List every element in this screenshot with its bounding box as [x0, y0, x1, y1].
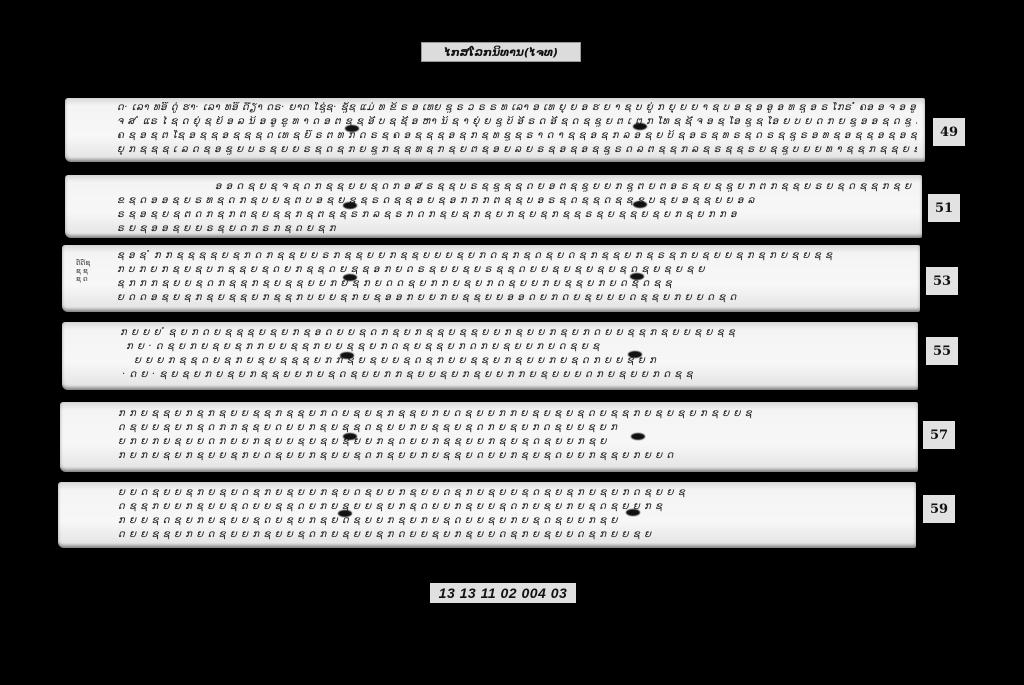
page-number-label: 49: [933, 118, 965, 146]
text-line: ກ ຍ ກ ຍ ຊ ຍ ກ ຊ ຍ ຍ ຊ ກ ຍ ດ ຊ ຍ ຍ ກ ຊ ຍ …: [118, 450, 910, 461]
margin-annotation: ດ໌ດ໌ຊ ຊ ຊ ຊ ດ: [76, 259, 90, 283]
text-line: ກ ຍ ຍ ຊ ດ ຊ ຍ ກ ຍ ຊ ຍ ຍ ຊ ດ ຍ ຊ ຍ ກ ຊ ຍ …: [118, 515, 908, 526]
palm-leaf-page-57: ກ ກ ຍ ຊ ຊ ຍ ກ ຊ ກ ຊ ຍ ຍ ຊ ຊ ກ ຊ ຊ ຍ ກ ດ …: [60, 402, 918, 472]
binding-hole: [633, 123, 647, 130]
text-line: ກ ບ ກ ຍ ກ ຊ ຍ ຊ ບ ກ ຊ ຊ ຍ ຊ ດ ຍ ກ ຊ ຊ ດ …: [117, 264, 912, 275]
page-number-label: 53: [926, 267, 958, 295]
text-line: ດ· ເລາ ທອ໌ ດູ່ ຮາ· ເລາ ທອ໌ ດ໊ຽາ ດຣ· ຍາດ …: [117, 102, 917, 113]
collection-title-label: ໄກສໂລກນິທານ(ໄຈທ): [421, 42, 581, 62]
palm-leaf-page-59: ຍ ຍ ດ ຊ ຍ ຍ ຊ ກ ຍ ຊ ຍ ດ ຊ ກ ຍ ຊ ຍ ຍ ກ ຊ …: [58, 482, 916, 548]
text-line: ຍ ຍ ຍ ກ ຊ ຊ ດ ຍ ຊ ກ ຍ ຊ ຍ ຊ ຊ ຊ ຍ ກ ກ ຊ …: [134, 355, 910, 366]
text-line: ດ ຊ ຍ ຍ ຊ ຍ ກ ຊ ດ ກ ກ ຊ ຊ ຍ ດ ຍ ຍ ກ ຊ ຍ …: [118, 422, 910, 433]
page-number-label: 55: [926, 337, 958, 365]
binding-hole: [628, 351, 642, 358]
binding-hole: [343, 274, 357, 281]
page-number-label: 59: [923, 495, 955, 523]
text-line: ຍ ຍ ດ ຊ ຍ ຍ ຊ ກ ຍ ຊ ຍ ດ ຊ ກ ຍ ຊ ຍ ຍ ກ ຊ …: [118, 487, 908, 498]
text-line: ຊ ກ ກ ກ ຊ ຍ ຍ ຊ ດ ກ ຊ ຊ ກ ຊ ຍ ຊ ຊ ຍ ຍ ກ …: [117, 278, 912, 289]
binding-hole: [630, 273, 644, 280]
text-line: ກ ຍ ຍ ຍ ໍ ຊ ຍ ກ ດ ຍ ຊ ຊ ຊ ຍ ຊ ຍ ກ ຊ ອ ດ …: [120, 327, 910, 338]
text-line: ຣ ຊ ອ ຊ ຍ ຊ ຕ ດ ກ ຊ ກ ຕ ຊ ຍ ຊ ຊ ກ ຊ ຕ ຊ …: [117, 209, 917, 220]
page-number-label: 51: [928, 194, 960, 222]
text-line: ຂ ຊ ດ ອ ອ ຊ ຍ ຣ ທ ຊ ດ ກ ຊ ບ ຍ ຊ ຕ ບ ອ ຊ …: [117, 195, 917, 206]
binding-hole: [343, 433, 357, 440]
text-line: ອ ອ ດ ຊ ຍ ຊ ຈ ຊ ດ ກ ຊ ຊ ຍ ຍ ຊ ດ ກ ອ ສ ຣ …: [215, 181, 915, 192]
archive-code-label: 13 13 11 02 004 03: [430, 583, 576, 603]
text-line: ຣ ຍ ຊ ອ ອ ຊ ຍ ຍ ຣ ຊ ຍ ດ ກ ຣ ກ ຊ ດ ຍ ຊ ກ: [117, 223, 397, 234]
text-line: ຍ ດ ດ ອ ຊ ຍ ຊ ກ ຊ ຍ ຊ ຊ ຍ ກ ຊ ຊ ກ ບ ຍ ຍ …: [117, 292, 912, 303]
text-line: · ດ ຍ · ຊ ຍ ຊ ຍ ກ ຍ ຊ ຍ ກ ຊ ຊ ຍ ຍ ກ ຍ ຊ …: [122, 369, 910, 380]
text-line: ຈ ສ ໍ ແຣ ໄ ຊ ດ ຍຸ່ ຊ ຍິ ອ ລ ນິ ອ ອູ ຂູ ທ…: [117, 116, 917, 127]
binding-hole: [633, 201, 647, 208]
binding-hole: [343, 202, 357, 209]
text-line: ກ ຍ · ດ ຊ ຍ ກ ຍ ຊ ຍ ຊ ກ ກ ຍ ຍ ຊ ຊ ກ ຍ ຍ …: [126, 341, 910, 352]
binding-hole: [340, 352, 354, 359]
text-line: ຍຸ ກ ຊ ຊ ຊ ເ ລ ດ ຊ ອ ຊູ ຍ ບ ຣ ຊ ຍ ຍ ຣ ຊ …: [117, 144, 917, 155]
text-line: ຄ ຊ ອ ຊ ຕ ໂຊ ອ ຊ ຊ ອ ຊ ຊ ຊ ດ ເທ ຊ ຍ໌ ຣ ຕ…: [117, 130, 917, 141]
text-line: ຍ ກ ຍ ກ ຍ ຊ ຍ ຍ ດ ກ ຍ ຍ ກ ຊ ຍ ຍ ຊ ຍ ຊ ຍ …: [118, 436, 910, 447]
palm-leaf-page-49: ດ· ເລາ ທອ໌ ດູ່ ຮາ· ເລາ ທອ໌ ດ໊ຽາ ດຣ· ຍາດ …: [65, 98, 925, 162]
binding-hole: [345, 125, 359, 132]
palm-leaf-page-53: ດ໌ດ໌ຊ ຊ ຊ ຊ ດ ຊ ອ ຊ ໍ ກ ກ ຊ ຊ ຊ ຊ ຍ ຊ ກ …: [62, 245, 920, 312]
text-line: ກ ກ ຍ ຊ ຊ ຍ ກ ຊ ກ ຊ ຍ ຍ ຊ ຊ ກ ຊ ຊ ຍ ກ ດ …: [118, 408, 910, 419]
page-number-label: 57: [923, 421, 955, 449]
binding-hole: [631, 433, 645, 440]
palm-leaf-page-55: ກ ຍ ຍ ຍ ໍ ຊ ຍ ກ ດ ຍ ຊ ຊ ຊ ຍ ຊ ຍ ກ ຊ ອ ດ …: [62, 322, 918, 390]
binding-hole: [626, 509, 640, 516]
text-line: ຊ ອ ຊ ໍ ກ ກ ຊ ຊ ຊ ຊ ຍ ຊ ກ ດ ກ ຊ ຊ ຍ ຍ ຣ …: [117, 250, 912, 261]
palm-leaf-page-51: ອ ອ ດ ຊ ຍ ຊ ຈ ຊ ດ ກ ຊ ຊ ຍ ຍ ຊ ດ ກ ອ ສ ຣ …: [65, 175, 922, 238]
binding-hole: [338, 510, 352, 517]
text-line: ດ ຍ ຍ ຊ ຊ ຍ ກ ຍ ດ ຊ ຍ ຍ ກ ຊ ຍ ຍ ຊ ດ ກ ຍ …: [118, 529, 908, 540]
text-line: ດ ຊ ຊ ກ ຍ ຍ ກ ຊ ຍ ຍ ຊ ດ ຍ ຍ ຊ ຊ ດ ຍ ກ ຍ …: [118, 501, 908, 512]
